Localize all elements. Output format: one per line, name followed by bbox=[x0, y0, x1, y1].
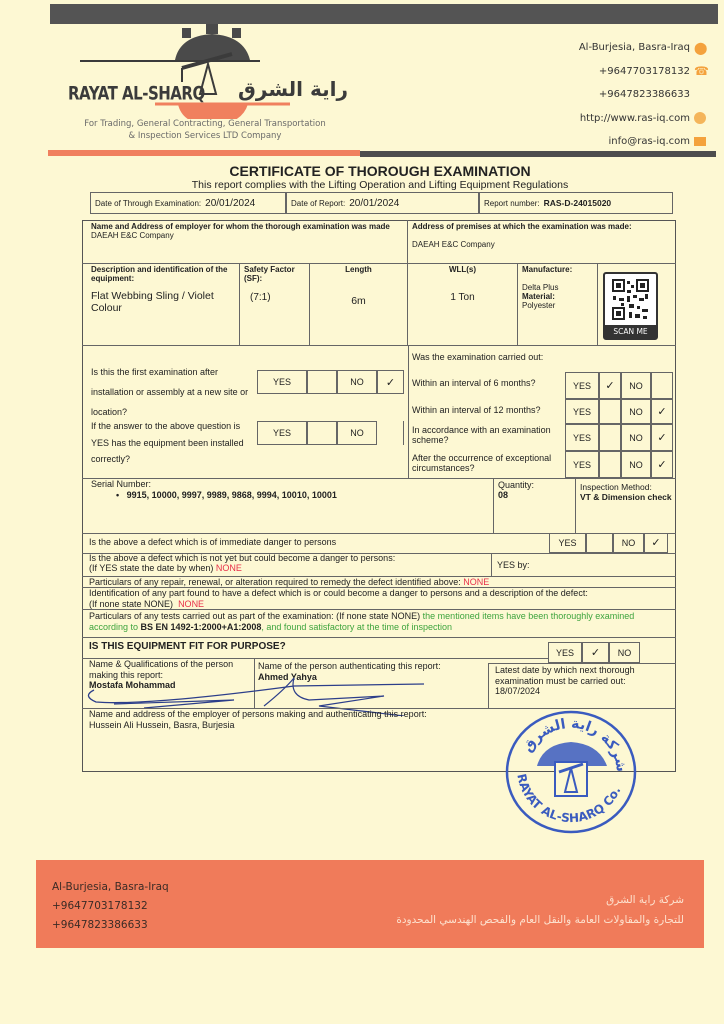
header-divider bbox=[48, 150, 716, 156]
company-name-en: RAYAT AL-SHARQ bbox=[68, 82, 205, 105]
method-cell: Inspection Method: VT & Dimension check bbox=[580, 482, 672, 502]
company-tagline: For Trading, General Contracting, Genera… bbox=[60, 118, 350, 142]
quantity-label: Quantity: bbox=[498, 480, 534, 490]
exam-date-label: Date of Through Examination: bbox=[95, 199, 201, 208]
interval-6-no[interactable]: NO bbox=[621, 372, 651, 399]
footer-contacts: Al-Burjesia, Basra-Iraq +9647703178132 +… bbox=[52, 878, 169, 935]
globe-icon bbox=[694, 112, 706, 124]
col-divider bbox=[408, 345, 409, 478]
row-divider bbox=[82, 609, 676, 610]
equipment-desc-label: Description and identification of the eq… bbox=[91, 265, 235, 283]
report-number-label: Report number: bbox=[484, 199, 540, 208]
footer-ar-line1: شركة راية الشرق bbox=[396, 890, 684, 910]
immediate-yes[interactable]: YES bbox=[549, 533, 586, 553]
stamp-seal-icon: شركة راية الشرق RAYAT AL-SHARQ Co. bbox=[503, 708, 639, 836]
contact-list: Al-Burjesia, Basra-Iraq ⬤ +9647703178132… bbox=[579, 36, 706, 154]
interval-12-yes[interactable]: YES bbox=[565, 399, 599, 424]
serial-list: • 9915, 10000, 9997, 9989, 9868, 9994, 1… bbox=[116, 490, 337, 500]
employer-of-persons-cell: Name and address of the employer of pers… bbox=[89, 709, 427, 730]
scheme-yes[interactable]: YES bbox=[565, 424, 599, 451]
immediate-danger-question: Is the above a defect which is of immedi… bbox=[89, 537, 336, 547]
gear-pumpjack-icon bbox=[60, 24, 360, 119]
length-label: Length bbox=[314, 265, 403, 274]
serial-values: 9915, 10000, 9997, 9989, 9868, 9994, 100… bbox=[127, 490, 337, 500]
premises-value: DAEAH E&C Company bbox=[412, 240, 672, 249]
footer-banner: Al-Burjesia, Basra-Iraq +9647703178132 +… bbox=[36, 860, 704, 948]
defect-part-answer: NONE bbox=[178, 599, 204, 609]
company-logo: RAYAT AL-SHARQ راية الشرق bbox=[60, 24, 360, 119]
footer-arabic: شركة راية الشرق للتجارة والمقاولات العام… bbox=[396, 890, 684, 930]
footer-phone2: +9647823386633 bbox=[52, 916, 169, 935]
col-divider bbox=[493, 478, 494, 533]
report-date-cell: Date of Report: 20/01/2024 bbox=[286, 192, 479, 214]
col-divider bbox=[575, 478, 576, 533]
repair-answer: NONE bbox=[463, 577, 489, 587]
next-exam-value: 18/07/2024 bbox=[495, 686, 670, 697]
divider-dark bbox=[360, 151, 716, 157]
row-divider bbox=[82, 345, 676, 346]
exceptional-no[interactable]: NO bbox=[621, 451, 651, 478]
next-exam-label: Latest date by which next thorough exami… bbox=[495, 665, 670, 686]
material-label: Material: bbox=[522, 292, 593, 301]
wll-cell: WLL(s) 1 Ton bbox=[408, 263, 518, 345]
employer-cell: Name and Address of employer for whom th… bbox=[87, 220, 408, 263]
contact-address: Al-Burjesia, Basra-Iraq ⬤ bbox=[579, 36, 706, 60]
contact-phone1: +9647703178132 ☎ bbox=[579, 60, 706, 84]
immediate-no-check[interactable]: ✓ bbox=[644, 533, 668, 553]
report-number-value: RAS-D-24015020 bbox=[544, 198, 612, 208]
exam-date-cell: Date of Through Examination: 20/01/2024 bbox=[90, 192, 286, 214]
method-label: Inspection Method: bbox=[580, 482, 672, 492]
footer-address: Al-Burjesia, Basra-Iraq bbox=[52, 878, 169, 897]
carried-out-label: Was the examination carried out: bbox=[412, 352, 543, 362]
employer-label: Name and Address of employer for whom th… bbox=[91, 222, 403, 231]
tagline-line2: & Inspection Services LTD Company bbox=[60, 130, 350, 142]
company-stamp: شركة راية الشرق RAYAT AL-SHARQ Co. bbox=[503, 708, 639, 836]
tests-text2: , and found satisfactory at the time of … bbox=[261, 622, 452, 632]
fit-yes-check[interactable]: ✓ bbox=[582, 642, 609, 663]
spacer bbox=[694, 89, 706, 101]
interval-6-question: Within an interval of 6 months? bbox=[412, 378, 536, 388]
interval-12-no[interactable]: NO bbox=[621, 399, 651, 424]
row-divider bbox=[82, 637, 676, 638]
certificate-subtitle: This report complies with the Lifting Op… bbox=[80, 179, 680, 191]
first-exam-yes[interactable]: YES bbox=[257, 370, 307, 394]
defect-part-line2: (If none state NONE) bbox=[89, 599, 173, 609]
interval-12-yes-check[interactable] bbox=[599, 399, 621, 424]
exam-date-value: 20/01/2024 bbox=[205, 198, 255, 209]
footer-ar-line2: للتجارة والمقاولات العامة والنقل العام و… bbox=[396, 910, 684, 930]
row-divider bbox=[82, 478, 676, 479]
qr-code-icon bbox=[605, 276, 656, 327]
phone-icon: ☎ bbox=[694, 65, 706, 77]
col-divider bbox=[491, 553, 492, 576]
first-exam-yes-check[interactable] bbox=[307, 370, 337, 394]
contact-phone2: +9647823386633 bbox=[579, 83, 706, 107]
immediate-yes-check[interactable] bbox=[586, 533, 613, 553]
company-name-ar: راية الشرق bbox=[238, 77, 348, 101]
authenticator-label: Name of the person authenticating this r… bbox=[258, 661, 441, 672]
scheme-question: In accordance with an examination scheme… bbox=[412, 425, 562, 445]
tagline-line1: For Trading, General Contracting, Genera… bbox=[60, 118, 350, 130]
repair-row: Particulars of any repair, renewal, or a… bbox=[89, 577, 489, 587]
interval-12-no-check[interactable]: ✓ bbox=[651, 399, 673, 424]
installed-question: If the answer to the above question is Y… bbox=[91, 418, 256, 468]
employer-of-persons-value: Hussein Ali Hussein, Basra, Burjesia bbox=[89, 720, 427, 731]
safety-factor-label: Safety Factor (SF): bbox=[244, 265, 305, 283]
tests-label: Particulars of any tests carried out as … bbox=[89, 611, 420, 621]
contact-website[interactable]: http://www.ras-iq.com bbox=[579, 107, 706, 131]
employer-of-persons-label: Name and address of the employer of pers… bbox=[89, 709, 427, 720]
bullet: • bbox=[116, 490, 127, 500]
first-exam-question: Is this the first examination after inst… bbox=[91, 362, 251, 422]
could-become-question: Is the above a defect which is not yet b… bbox=[89, 553, 395, 573]
fit-for-purpose-question: IS THIS EQUIPMENT FIT FOR PURPOSE? bbox=[89, 641, 286, 652]
fit-no[interactable]: NO bbox=[609, 642, 640, 663]
scheme-no[interactable]: NO bbox=[621, 424, 651, 451]
next-exam-cell: Latest date by which next thorough exami… bbox=[495, 665, 670, 697]
employer-value: DAEAH E&C Company bbox=[91, 231, 403, 240]
exceptional-yes-check[interactable] bbox=[599, 451, 621, 478]
premises-cell: Address of premises at which the examina… bbox=[408, 220, 676, 263]
exceptional-yes[interactable]: YES bbox=[565, 451, 599, 478]
could-become-answer: NONE bbox=[216, 563, 242, 573]
certificate-title: CERTIFICATE OF THOROUGH EXAMINATION bbox=[80, 163, 680, 179]
contact-phone2-text: +9647823386633 bbox=[599, 89, 690, 100]
method-value: VT & Dimension check bbox=[580, 492, 672, 502]
serial-label: Serial Number: bbox=[91, 479, 151, 489]
interval-6-yes[interactable]: YES bbox=[565, 372, 599, 399]
safety-factor-value: (7:1) bbox=[244, 292, 305, 303]
quantity-value: 08 bbox=[498, 490, 534, 500]
first-exam-no[interactable]: NO bbox=[337, 370, 377, 394]
tests-standard: BS EN 1492-1:2000+A1:2008 bbox=[141, 622, 262, 632]
row-divider bbox=[488, 663, 676, 664]
first-exam-no-check[interactable]: ✓ bbox=[377, 370, 404, 394]
defect-part-row: Identification of any part found to have… bbox=[89, 588, 588, 609]
scheme-no-check[interactable]: ✓ bbox=[651, 424, 673, 451]
fit-yes[interactable]: YES bbox=[548, 642, 582, 663]
could-become-line1: Is the above a defect which is not yet b… bbox=[89, 553, 395, 563]
material-value: Polyester bbox=[522, 301, 593, 310]
wll-label: WLL(s) bbox=[412, 265, 513, 274]
report-number-cell: Report number: RAS-D-24015020 bbox=[479, 192, 673, 214]
manufacture-cell: Manufacture: Delta Plus Material: Polyes… bbox=[518, 263, 598, 345]
could-become-line2: (If YES state the date by when) bbox=[89, 563, 213, 573]
exceptional-question: After the occurrence of exceptional circ… bbox=[412, 453, 562, 473]
installed-no[interactable]: NO bbox=[337, 421, 377, 445]
contact-address-text: Al-Burjesia, Basra-Iraq bbox=[579, 42, 690, 53]
defect-part-line1: Identification of any part found to have… bbox=[89, 588, 588, 599]
immediate-no[interactable]: NO bbox=[613, 533, 644, 553]
yes-by-label: YES by: bbox=[497, 560, 530, 570]
report-date-label: Date of Report: bbox=[291, 199, 345, 208]
location-pin-icon: ⬤ bbox=[694, 42, 706, 54]
premises-label: Address of premises at which the examina… bbox=[412, 222, 672, 231]
quantity-cell: Quantity: 08 bbox=[498, 480, 534, 500]
interval-6-yes-check[interactable]: ✓ bbox=[599, 372, 621, 399]
installed-no-check[interactable] bbox=[377, 421, 404, 445]
repair-label: Particulars of any repair, renewal, or a… bbox=[89, 577, 461, 587]
email-link[interactable]: info@ras-iq.com bbox=[609, 136, 690, 147]
installed-yes-check[interactable] bbox=[307, 421, 337, 445]
divider-orange bbox=[48, 150, 360, 156]
mail-icon bbox=[694, 137, 706, 146]
col-divider bbox=[488, 663, 489, 708]
safety-factor-cell: Safety Factor (SF): (7:1) bbox=[240, 263, 310, 345]
manufacture-label: Manufacture: bbox=[522, 265, 593, 274]
length-value: 6m bbox=[314, 295, 403, 307]
tests-row: Particulars of any tests carried out as … bbox=[89, 611, 671, 633]
equipment-desc-value: Flat Webbing Sling / Violet Colour bbox=[91, 290, 235, 314]
interval-12-question: Within an interval of 12 months? bbox=[412, 405, 541, 415]
report-date-value: 20/01/2024 bbox=[349, 198, 399, 209]
manufacture-value: Delta Plus bbox=[522, 283, 593, 292]
qr-code[interactable]: SCAN ME bbox=[603, 272, 658, 340]
interval-6-no-check[interactable] bbox=[651, 372, 673, 399]
equipment-desc-cell: Description and identification of the eq… bbox=[87, 263, 240, 345]
installed-yes[interactable]: YES bbox=[257, 421, 307, 445]
qr-scan-label: SCAN ME bbox=[605, 325, 656, 338]
contact-phone1-text: +9647703178132 bbox=[599, 66, 690, 77]
footer-phone1: +9647703178132 bbox=[52, 897, 169, 916]
website-link[interactable]: http://www.ras-iq.com bbox=[580, 113, 690, 124]
wll-value: 1 Ton bbox=[412, 292, 513, 303]
length-cell: Length 6m bbox=[310, 263, 408, 345]
exceptional-no-check[interactable]: ✓ bbox=[651, 451, 673, 478]
top-dark-bar bbox=[50, 4, 718, 24]
scheme-yes-check[interactable] bbox=[599, 424, 621, 451]
